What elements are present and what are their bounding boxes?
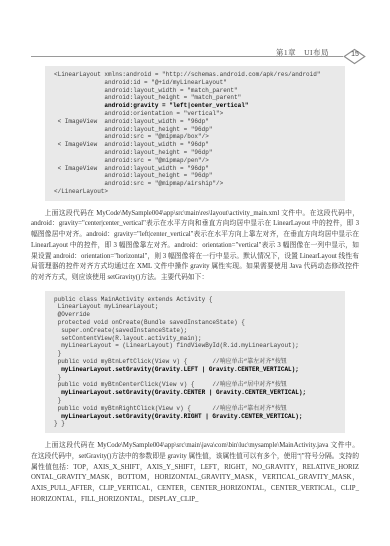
page-number: 15 bbox=[343, 51, 367, 58]
code-line: myLinearLayout.setGravity(Gravity.LEFT |… bbox=[54, 366, 337, 374]
code-line: public void myBtnCenterClick(View v) { /… bbox=[54, 381, 337, 389]
code-line: </LinearLayout> bbox=[54, 188, 337, 196]
code-line: super.onCreate(savedInstanceState); bbox=[54, 327, 337, 335]
code-line: @Override bbox=[54, 311, 337, 319]
code-line: android:layout_height = "96dp" bbox=[54, 126, 337, 134]
code-line: android:src = "@mipmap/box"/> bbox=[54, 133, 337, 141]
paragraph-java-explanation: 上面这段代码在 MyCode\MySample004\app\src\main\… bbox=[31, 441, 359, 505]
xml-code-block: <LinearLayout xmlns:android = "http://sc… bbox=[45, 66, 345, 201]
code-line: android:id = "@+id/myLinearLayout" bbox=[54, 79, 337, 87]
code-line: android:layout_height = "96dp" bbox=[54, 149, 337, 157]
code-line: myLinearLayout.setGravity(Gravity.CENTER… bbox=[54, 389, 337, 397]
code-line: < ImageView android:layout_width = "96dp… bbox=[54, 118, 337, 126]
code-line: protected void onCreate(Bundle savedInst… bbox=[54, 319, 337, 327]
book-page: 第1章 UI布局 15 <LinearLayout xmlns:android … bbox=[0, 0, 390, 546]
page-header: 第1章 UI布局 15 bbox=[31, 42, 359, 57]
code-line: < ImageView android:layout_width = "96dp… bbox=[54, 141, 337, 149]
paragraph-xml-explanation: 上面这段代码在 MyCode\MySample004\app\src\main\… bbox=[31, 209, 359, 284]
code-line: android:gravity = "left|center_vertical" bbox=[54, 102, 337, 110]
code-line: android:layout_width = "match_parent" bbox=[54, 87, 337, 95]
code-line: android:layout_height = "96dp" bbox=[54, 172, 337, 180]
code-line: android:orientation = "vertical"> bbox=[54, 110, 337, 118]
code-line: } bbox=[54, 397, 337, 405]
code-line: android:src = "@mipmap/airship"/> bbox=[54, 180, 337, 188]
code-line: LinearLayout myLinearLayout; bbox=[54, 303, 337, 311]
code-line: <LinearLayout xmlns:android = "http://sc… bbox=[54, 71, 337, 79]
code-line: myLinearLayout.setGravity(Gravity.RIGHT … bbox=[54, 413, 337, 421]
code-line: } bbox=[54, 350, 337, 358]
code-line: setContentView(R.layout.activity_main); bbox=[54, 335, 337, 343]
java-code-block: public class MainActivity extends Activi… bbox=[45, 291, 345, 434]
code-line: < ImageView android:layout_width = "96dp… bbox=[54, 165, 337, 173]
code-line: android:layout_height = "match_parent" bbox=[54, 94, 337, 102]
code-line: } } bbox=[54, 420, 337, 428]
chapter-title: 第1章 UI布局 bbox=[276, 48, 329, 57]
page-number-badge: 15 bbox=[343, 47, 367, 65]
code-line: public void myBtnRightClick(View v) { //… bbox=[54, 405, 337, 413]
code-line: public void myBtnLeftClick(View v) { //响… bbox=[54, 358, 337, 366]
code-line: android:src = "@mipmap/pen"/> bbox=[54, 157, 337, 165]
code-line: public class MainActivity extends Activi… bbox=[54, 296, 337, 304]
code-line: myLinearLayout = (LinearLayout) findView… bbox=[54, 342, 337, 350]
